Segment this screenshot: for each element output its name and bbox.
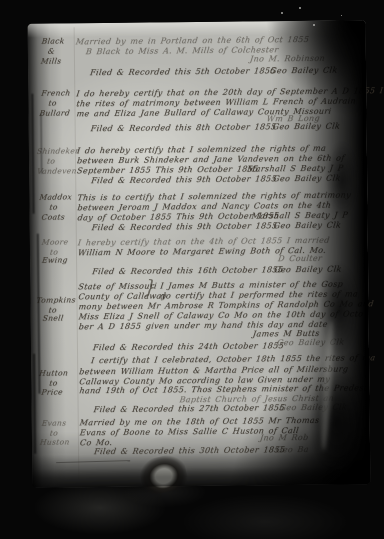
dust-speck (269, 30, 270, 31)
dust-speck (313, 24, 315, 26)
register-page: Black & Mills Married by me in Portland … (28, 20, 371, 488)
dust-speck (341, 15, 342, 16)
dust-speck (281, 12, 283, 14)
dust-speck (299, 7, 301, 9)
scan-background: Black & Mills Married by me in Portland … (0, 0, 384, 539)
page-edge-damage (309, 370, 365, 476)
page-edge-damage (325, 140, 360, 220)
